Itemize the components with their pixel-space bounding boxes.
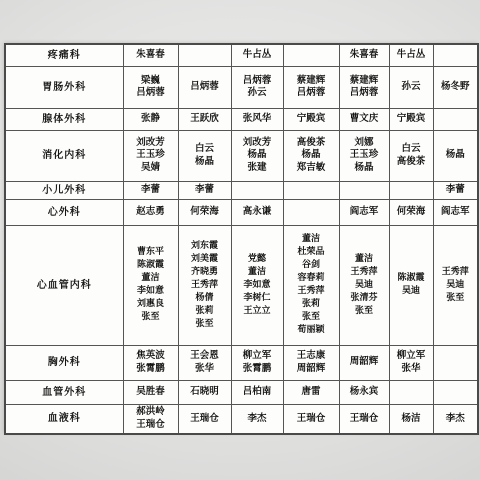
roster-cell: 朱喜春 — [123, 44, 178, 66]
roster-cell: 王志康 周韶辉 — [283, 345, 339, 380]
roster-cell: 高俊茶 杨晶 郑吉敏 — [283, 130, 339, 181]
roster-cell: 蔡建辉 吕炳蓉 — [283, 66, 339, 108]
duty-roster-table: 疼痛科 朱喜春 牛占丛 朱喜春 牛占丛 胃肠外科 梁巍 吕炳蓉 吕炳蓉 吕炳蓉 … — [4, 43, 479, 435]
dept-cell: 消化内科 — [5, 130, 123, 181]
table-row: 胸外科 焦英波 张霄鹏 王会恩 张华 柳立军 张霄鹏 王志康 周韶辉 周韶辉 柳… — [5, 345, 478, 380]
roster-cell — [433, 380, 478, 404]
roster-cell: 蔡建辉 吕炳蓉 — [339, 66, 389, 108]
roster-cell: 李杰 — [231, 404, 283, 434]
roster-paper: 疼痛科 朱喜春 牛占丛 朱喜春 牛占丛 胃肠外科 梁巍 吕炳蓉 吕炳蓉 吕炳蓉 … — [4, 43, 477, 433]
roster-cell: 梁巍 吕炳蓉 — [123, 66, 178, 108]
roster-cell: 牛占丛 — [389, 44, 433, 66]
roster-cell: 白云 杨晶 — [178, 130, 231, 181]
roster-cell: 焦英波 张霄鹏 — [123, 345, 178, 380]
roster-cell: 王瑞仓 — [283, 404, 339, 434]
roster-cell — [178, 44, 231, 66]
roster-cell: 李蕾 — [178, 181, 231, 199]
roster-cell: 石晓明 — [178, 380, 231, 404]
roster-cell: 高永谦 — [231, 199, 283, 225]
table-row: 心血管内科 曹东平 陈淑霞 董洁 李如意 刘惠良 张至 刘东霞 刘美霞 齐晓勇 … — [5, 225, 478, 345]
roster-cell: 张静 — [123, 108, 178, 130]
roster-cell: 陈淑霞 吴迪 — [389, 225, 433, 345]
roster-cell: 曹东平 陈淑霞 董洁 李如意 刘惠良 张至 — [123, 225, 178, 345]
roster-cell: 唐雷 — [283, 380, 339, 404]
table-row: 胃肠外科 梁巍 吕炳蓉 吕炳蓉 吕炳蓉 孙云 蔡建辉 吕炳蓉 蔡建辉 吕炳蓉 孙… — [5, 66, 478, 108]
roster-cell: 赵志勇 — [123, 199, 178, 225]
roster-cell: 宁殿宾 — [283, 108, 339, 130]
roster-cell: 阎志军 — [433, 199, 478, 225]
roster-cell: 孙云 — [389, 66, 433, 108]
dept-cell: 小儿外科 — [5, 181, 123, 199]
roster-cell: 王跃欣 — [178, 108, 231, 130]
roster-cell — [433, 44, 478, 66]
photo-background: { "table": { "description_colors": { "bo… — [0, 0, 480, 480]
table-row: 消化内科 刘改芳 王玉珍 吴婧 白云 杨晶 刘改芳 杨晶 张建 高俊茶 杨晶 郑… — [5, 130, 478, 181]
roster-cell: 白云 高俊茶 — [389, 130, 433, 181]
roster-cell — [433, 345, 478, 380]
roster-cell: 宁殿宾 — [389, 108, 433, 130]
roster-cell: 杨洁 — [389, 404, 433, 434]
table-row: 血管外科 吴胜春 石晓明 吕柏南 唐雷 杨永宾 — [5, 380, 478, 404]
table-row: 小儿外科 李蕾 李蕾 李蕾 — [5, 181, 478, 199]
roster-cell: 牛占丛 — [231, 44, 283, 66]
roster-cell: 柳立军 张华 — [389, 345, 433, 380]
dept-cell: 心血管内科 — [5, 225, 123, 345]
dept-cell: 腺体外科 — [5, 108, 123, 130]
roster-cell: 杨永宾 — [339, 380, 389, 404]
roster-cell: 郝洪岭 王瑞仓 — [123, 404, 178, 434]
table-row: 腺体外科 张静 王跃欣 张风华 宁殿宾 曹文庆 宁殿宾 — [5, 108, 478, 130]
roster-cell: 杨晶 — [433, 130, 478, 181]
roster-cell: 董洁 杜荣品 谷剑 容春莉 王秀萍 张莉 张至 荀丽颖 — [283, 225, 339, 345]
roster-cell — [231, 181, 283, 199]
roster-cell: 吕炳蓉 — [178, 66, 231, 108]
roster-cell: 吴胜春 — [123, 380, 178, 404]
roster-cell: 刘改芳 杨晶 张建 — [231, 130, 283, 181]
roster-cell: 王会恩 张华 — [178, 345, 231, 380]
roster-cell: 何荣海 — [389, 199, 433, 225]
roster-cell — [339, 181, 389, 199]
roster-cell: 王瑞仓 — [178, 404, 231, 434]
roster-cell: 刘改芳 王玉珍 吴婧 — [123, 130, 178, 181]
roster-cell: 张风华 — [231, 108, 283, 130]
roster-cell — [389, 181, 433, 199]
roster-cell: 王瑞仓 — [339, 404, 389, 434]
roster-cell — [389, 380, 433, 404]
roster-cell: 李蕾 — [433, 181, 478, 199]
roster-cell: 朱喜春 — [339, 44, 389, 66]
roster-cell: 柳立军 张霄鹏 — [231, 345, 283, 380]
roster-cell: 李蕾 — [123, 181, 178, 199]
roster-cell: 吕炳蓉 孙云 — [231, 66, 283, 108]
dept-cell: 血液科 — [5, 404, 123, 434]
roster-cell: 吕柏南 — [231, 380, 283, 404]
roster-cell: 党懿 董洁 李如意 李树仁 王立立 — [231, 225, 283, 345]
roster-cell: 董洁 王秀萍 吴迪 张清芬 张至 — [339, 225, 389, 345]
roster-cell: 刘娜 王玉珍 杨晶 — [339, 130, 389, 181]
roster-cell: 刘东霞 刘美霞 齐晓勇 王秀萍 杨倩 张莉 张至 — [178, 225, 231, 345]
roster-cell: 阎志军 — [339, 199, 389, 225]
table-row: 疼痛科 朱喜春 牛占丛 朱喜春 牛占丛 — [5, 44, 478, 66]
dept-cell: 血管外科 — [5, 380, 123, 404]
dept-cell: 心外科 — [5, 199, 123, 225]
dept-cell: 胸外科 — [5, 345, 123, 380]
roster-cell — [283, 199, 339, 225]
table-row: 血液科 郝洪岭 王瑞仓 王瑞仓 李杰 王瑞仓 王瑞仓 杨洁 李杰 — [5, 404, 478, 434]
roster-cell: 王秀萍 吴迪 张至 — [433, 225, 478, 345]
roster-cell: 杨冬野 — [433, 66, 478, 108]
dept-cell: 胃肠外科 — [5, 66, 123, 108]
roster-cell: 李杰 — [433, 404, 478, 434]
roster-cell: 曹文庆 — [339, 108, 389, 130]
roster-cell — [283, 181, 339, 199]
roster-cell: 何荣海 — [178, 199, 231, 225]
roster-cell — [283, 44, 339, 66]
roster-cell: 周韶辉 — [339, 345, 389, 380]
roster-cell — [433, 108, 478, 130]
table-row: 心外科 赵志勇 何荣海 高永谦 阎志军 何荣海 阎志军 — [5, 199, 478, 225]
dept-cell: 疼痛科 — [5, 44, 123, 66]
